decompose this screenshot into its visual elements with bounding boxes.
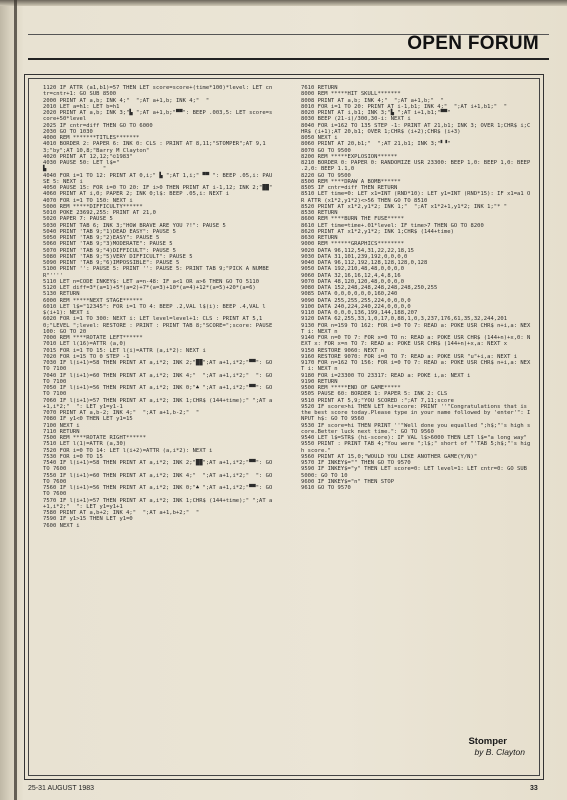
code-line: 7540 IF l(i+1)=58 THEN PRINT AT a,i*2; I… [43,460,275,473]
code-line: 8510 LET time=0: LET x1=INT (RND*10): LE… [301,191,533,204]
code-line: 2020 PRINT AT a,b; INK 3;"▙ ";AT a+1,b;"… [43,110,275,123]
page-top-shadow [0,0,567,6]
issue-date: 25-31 AUGUST 1983 [28,785,94,792]
code-line: 9130 FOR n=159 TO 162: FOR i=0 TO 7: REA… [301,323,533,336]
code-line: 7570 IF l(i+1)=57 THEN PRINT AT a,i*2; I… [43,498,275,511]
code-line: 5100 PRINT '': PAUSE 5: PRINT '': PAUSE … [43,266,275,279]
section-title: OPEN FORUM [407,33,539,55]
code-line: 4040 FOR i=1 TO 12: PRINT AT 0,i;" ▙ ";A… [43,173,275,186]
code-line: 9590 IF INKEY$="y" THEN LET score=0: LET… [301,466,533,479]
program-credit: Stomper by B. Clayton [468,736,525,757]
code-line: 1120 IF ATTR (a1,b1)=57 THEN LET score=s… [43,85,275,98]
header-rule-bottom [28,58,549,60]
program-author: by B. Clayton [474,747,525,757]
listing-right-column: 7610 RETURN8000 REM *****HIT SKULL******… [301,85,533,491]
code-line: 7040 IF l(i+1)=60 THEN PRINT AT a,i*2; I… [43,373,275,386]
code-line: 9610 GO TO 9570 [301,485,533,491]
code-line: 9140 FOR n=0 TO 7: FOR x=0 TO n: READ a:… [301,335,533,348]
code-line: 7030 IF l(i+1)=58 THEN PRINT AT a,i*2; I… [43,360,275,373]
code-line: 7050 IF l(i+1)=56 THEN PRINT AT a,i*2; I… [43,385,275,398]
code-line: 7550 IF l(i+1)=60 THEN PRINT AT a,i*2; I… [43,473,275,486]
magazine-spine [14,0,17,800]
listing-left-column: 1120 IF ATTR (a1,b1)=57 THEN LET score=s… [43,85,275,529]
code-line: 6020 FOR i=1 TO 300: NEXT i: LET level=l… [43,316,275,335]
program-title: Stomper [468,736,525,747]
code-line: 9520 IF score>hi THEN LET hi=score: PRIN… [301,404,533,423]
code-line: 7600 NEXT i [43,523,275,529]
code-line: 9170 FOR n=162 TO 156: FOR i=0 TO 7: REA… [301,360,533,373]
code-line: 6010 LET l$="12345": FOR i=1 TO 4: BEEP … [43,304,275,317]
program-listing-box: 1120 IF ATTR (a1,b1)=57 THEN LET score=s… [24,74,544,780]
code-line: 8040 FOR i=162 TO 135 STEP -1: PRINT AT … [301,123,533,136]
program-listing-frame: 1120 IF ATTR (a1,b1)=57 THEN LET score=s… [28,78,540,776]
code-line: 7060 IF l(i+1)=57 THEN PRINT AT a,i*2; I… [43,398,275,411]
code-line: 4010 BORDER 2: PAPER 6: INK 0: CLS : PRI… [43,141,275,154]
code-line: 9530 IF score=hi THEN PRINT ''"Well done… [301,423,533,436]
page-number: 33 [530,785,538,792]
code-line: 8210 BORDER 0: PAPER 0: RANDOMIZE USR 23… [301,160,533,173]
code-line: 7560 IF l(i+1)=56 THEN PRINT AT a,i*2; I… [43,485,275,498]
code-line: 9120 DATA 62,255,33,1,0,17,0,88,1,0,3,23… [301,316,533,322]
code-line: 9550 PRINT : PRINT TAB 4;"You were ";l$;… [301,441,533,454]
